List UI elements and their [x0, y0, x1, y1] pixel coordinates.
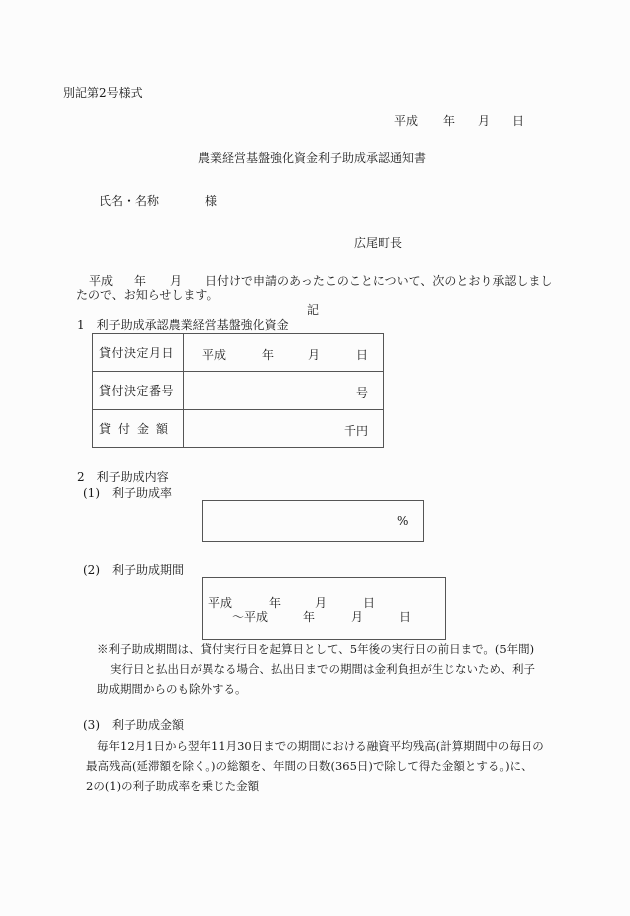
body-line1-rest: 日付けで申請のあったこのことについて、次のとおり承認しまし	[205, 274, 552, 288]
loan-amount-label: 貸付金額	[93, 410, 184, 448]
loan-amount-unit: 千円	[344, 422, 368, 439]
section1-heading: 1 利子助成承認農業経営基盤強化資金	[77, 318, 289, 332]
table-row: 貸付決定番号 号	[93, 372, 384, 410]
recipient-honorific: 様	[205, 194, 217, 208]
form-number: 別記第2号様式	[63, 86, 143, 100]
period-to-day: 日	[399, 610, 411, 624]
loan-date-day: 日	[356, 346, 368, 363]
period-from-month: 月	[315, 596, 327, 610]
period-field[interactable]: 平成 年 月 日 ～平成 年 月 日	[202, 577, 446, 640]
period-to-year: 年	[303, 610, 315, 624]
ki-marker: 記	[307, 303, 319, 317]
period-from-day: 日	[363, 596, 375, 610]
amount-line1: 毎年12月1日から翌年11月30日までの期間における融資平均残高(計算期間中の毎…	[97, 739, 544, 753]
body-line2: たので、お知らせします。	[76, 288, 218, 302]
amount-line3: 2の(1)の利子助成率を乗じた金額	[86, 779, 259, 793]
issuer: 広尾町長	[354, 236, 402, 250]
date-day: 日	[512, 114, 524, 128]
rate-unit: %	[397, 514, 408, 528]
period-note-line2: 実行日と払出日が異なる場合、払出日までの期間は金利負担が生じないため、利子	[110, 662, 535, 676]
loan-date-era: 平成	[202, 346, 226, 363]
rate-field[interactable]: %	[202, 500, 424, 542]
period-heading: (2) 利子助成期間	[83, 563, 184, 577]
table-row: 貸付金額 千円	[93, 410, 384, 448]
loan-number-field[interactable]: 号	[184, 372, 384, 410]
body-month: 月	[170, 274, 182, 288]
amount-line2: 最高残高(延滞額を除く。)の総額を、年間の日数(365日)で除して得た金額とする…	[86, 759, 533, 773]
date-year: 年	[443, 114, 455, 128]
loan-date-year: 年	[262, 346, 274, 363]
recipient-label: 氏名・名称	[99, 194, 159, 208]
period-from-era: 平成	[208, 596, 232, 610]
period-note-line1: ※利子助成期間は、貸付実行日を起算日として、5年後の実行日の前日まで。(5年間)	[97, 642, 534, 656]
section2-heading: 2 利子助成内容	[77, 470, 169, 484]
amount-heading: (3) 利子助成金額	[83, 718, 184, 732]
period-to-era: ～平成	[232, 610, 268, 624]
loan-table: 貸付決定月日 平成 年 月 日 貸付決定番号 号 貸付金額 千円	[92, 333, 384, 448]
loan-number-suffix: 号	[356, 384, 368, 401]
table-row: 貸付決定月日 平成 年 月 日	[93, 334, 384, 372]
period-note-line3: 助成期間からのも除外する。	[97, 682, 247, 696]
loan-date-month: 月	[308, 346, 320, 363]
period-to-month: 月	[351, 610, 363, 624]
period-from-year: 年	[269, 596, 281, 610]
body-year: 年	[134, 274, 146, 288]
rate-heading: (1) 利子助成率	[83, 486, 172, 500]
body-era: 平成	[89, 274, 113, 288]
loan-amount-field[interactable]: 千円	[184, 410, 384, 448]
loan-date-label: 貸付決定月日	[93, 334, 184, 372]
document-title: 農業経営基盤強化資金利子助成承認通知書	[198, 151, 426, 165]
date-era: 平成	[394, 114, 418, 128]
date-month: 月	[478, 114, 490, 128]
loan-number-label: 貸付決定番号	[93, 372, 184, 410]
loan-date-field[interactable]: 平成 年 月 日	[184, 334, 384, 372]
